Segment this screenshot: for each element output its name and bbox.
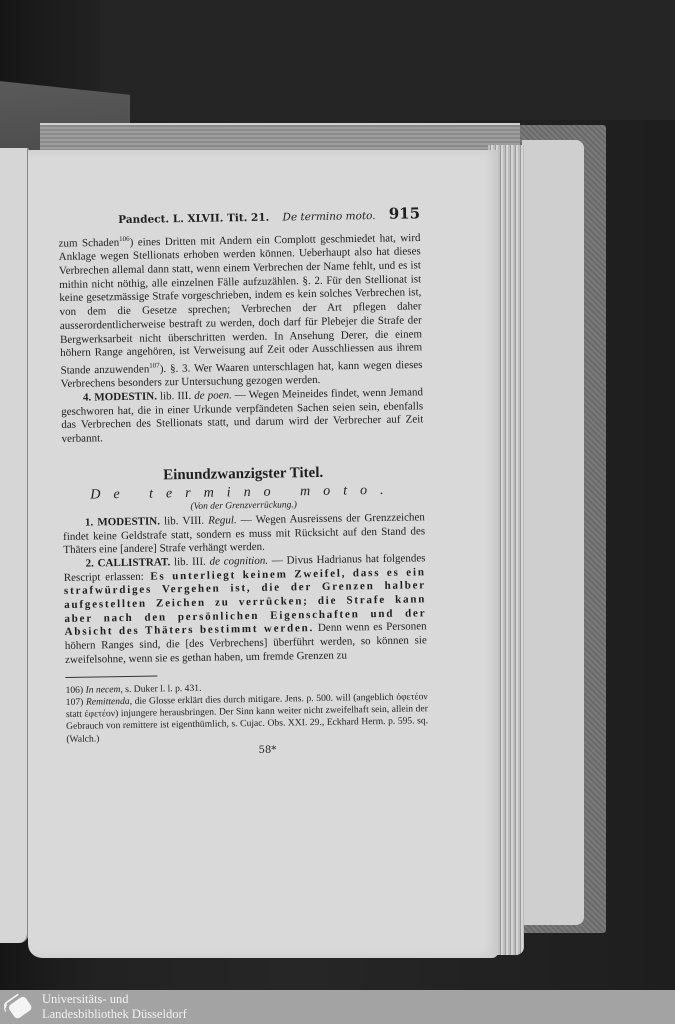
work-ref: de cognition. bbox=[210, 555, 269, 568]
left-page bbox=[0, 148, 29, 943]
paragraph-modestin: 4. MODESTIN. lib. III. de poen. — Wegen … bbox=[61, 386, 424, 446]
author: 4. MODESTIN. bbox=[83, 391, 157, 404]
library-name-line2: Landesbibliothek Düsseldorf bbox=[42, 1007, 187, 1022]
page-number: 915 bbox=[389, 204, 421, 222]
footnote-number: 107) bbox=[66, 697, 84, 708]
footnote-107: 107) Remittenda, die Glosse erklärt dies… bbox=[66, 691, 429, 746]
page-text: Pandect. L. XLVII. Tit. 21. De termino m… bbox=[58, 204, 429, 759]
author: 2. CALLISTRAT. bbox=[85, 556, 170, 569]
work-ref: Regul. bbox=[208, 514, 237, 526]
book-ref: lib. III. bbox=[174, 556, 206, 568]
text: zum Schaden bbox=[58, 237, 119, 250]
text: ) eines Dritten mit Andern ein Complott … bbox=[59, 232, 423, 377]
book-logo-icon bbox=[2, 990, 40, 1024]
work-ref: de poen. bbox=[194, 389, 232, 402]
footnote-ref: 106 bbox=[119, 235, 130, 243]
paragraph-continued: zum Schaden106) eines Dritten mit Andern… bbox=[58, 228, 422, 392]
library-banner: Universitäts- und Landesbibliothek Düsse… bbox=[0, 990, 675, 1024]
footnote-ref: 107 bbox=[149, 361, 160, 369]
book-ref: lib. III. bbox=[160, 390, 191, 402]
book-endpaper bbox=[522, 140, 584, 925]
running-head-left: Pandect. L. XLVII. Tit. 21. bbox=[118, 212, 269, 226]
footnote-number: 106) bbox=[65, 684, 83, 695]
paragraph-modestin-regul: 1. MODESTIN. lib. VIII. Regul. — Wegen A… bbox=[63, 511, 426, 558]
background-top bbox=[100, 0, 675, 120]
footnote-term: In necem bbox=[85, 684, 120, 696]
footnote-divider bbox=[65, 675, 157, 677]
footnote-term: Remittenda bbox=[86, 696, 130, 708]
running-head: Pandect. L. XLVII. Tit. 21. De termino m… bbox=[118, 204, 420, 227]
author: 1. MODESTIN. bbox=[85, 515, 160, 528]
book-ref: lib. VIII. bbox=[164, 515, 204, 528]
library-name: Universitäts- und Landesbibliothek Düsse… bbox=[42, 992, 187, 1022]
library-name-line1: Universitäts- und bbox=[42, 992, 187, 1007]
running-head-title: De termino moto. bbox=[282, 210, 375, 223]
footnote-text: , s. Duker l. l. p. 431. bbox=[120, 682, 201, 694]
paragraph-callistrat: 2. CALLISTRAT. lib. III. de cognition. —… bbox=[63, 552, 427, 667]
